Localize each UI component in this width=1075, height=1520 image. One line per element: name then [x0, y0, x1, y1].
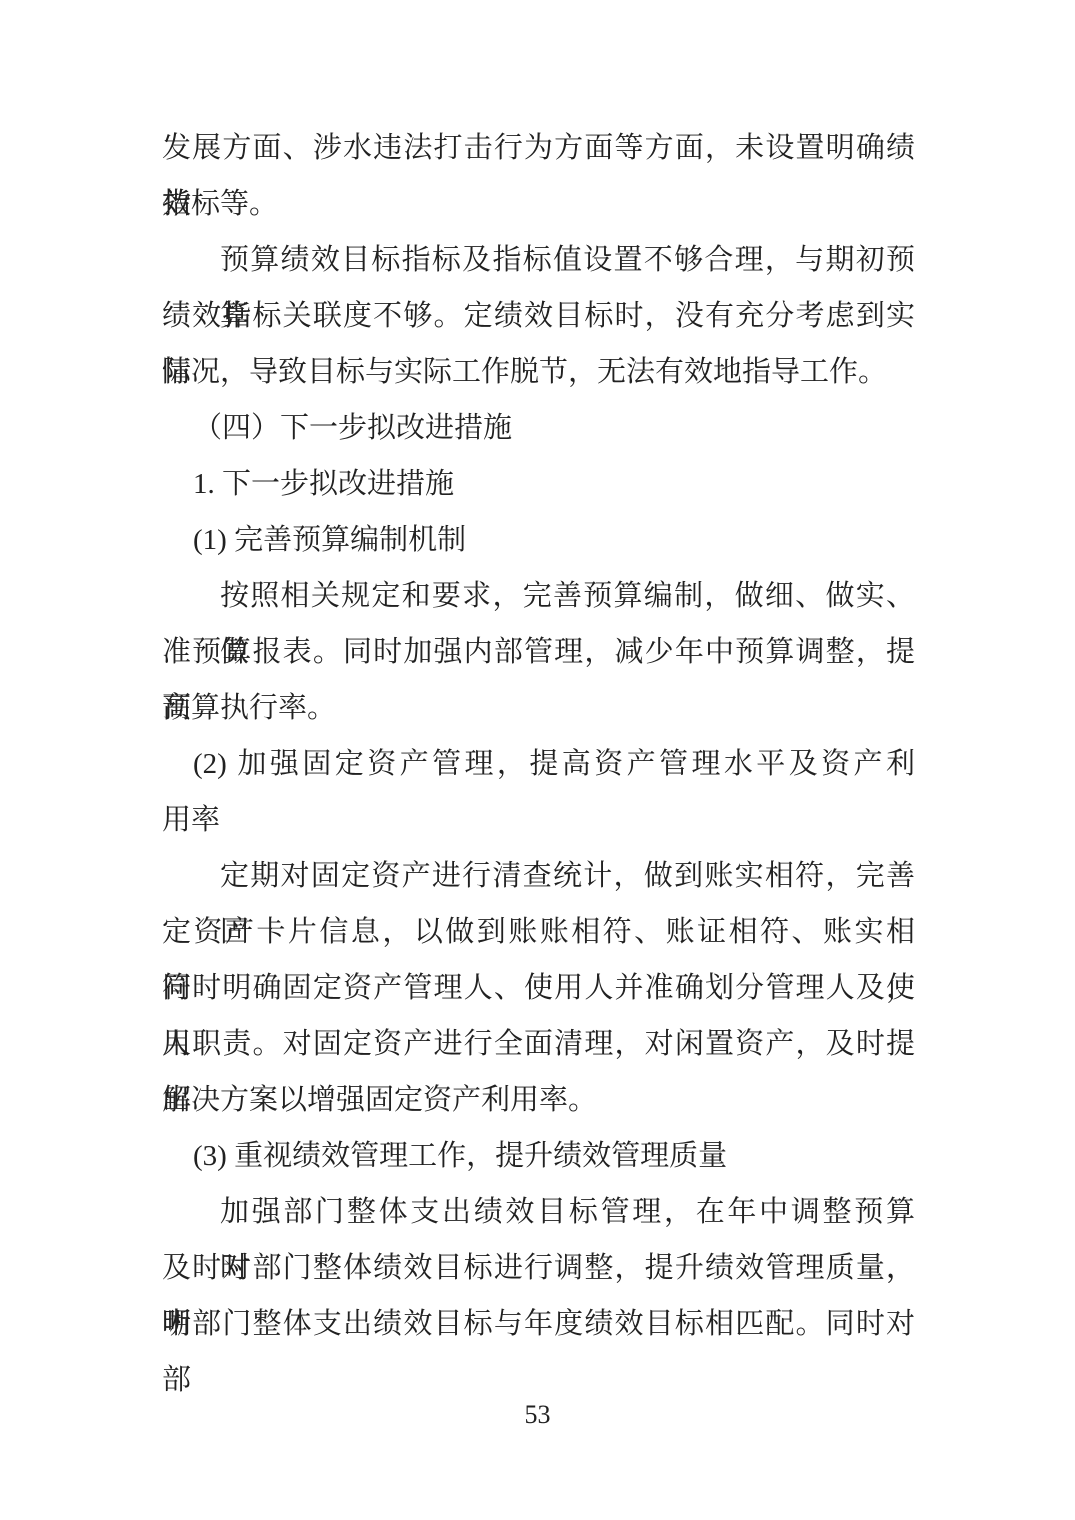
- text-line: 预算绩效目标指标及指标值设置不够合理，与期初预算: [162, 232, 915, 288]
- document-body: 发展方面、涉水违法打击行为方面等方面，未设置明确绩效指标等。预算绩效目标指标及指…: [162, 120, 915, 1352]
- text-line: 定资产卡片信息，以做到账账相符、账证相符、账实相符，: [162, 904, 915, 960]
- text-line: 发展方面、涉水违法打击行为方面等方面，未设置明确绩效: [162, 120, 915, 176]
- text-line: (2) 加强固定资产管理，提高资产管理水平及资产利: [162, 736, 915, 792]
- text-line: 预算执行率。: [162, 680, 915, 736]
- text-line: （四）下一步拟改进措施: [162, 400, 915, 456]
- text-line: 指标等。: [162, 176, 915, 232]
- text-line: 人职责。对固定资产进行全面清理，对闲置资产，及时提出: [162, 1016, 915, 1072]
- text-line: (3) 重视绩效管理工作，提升绩效管理质量: [162, 1128, 915, 1184]
- text-line: 绩效指标关联度不够。定绩效目标时，没有充分考虑到实际: [162, 288, 915, 344]
- text-line: 加强部门整体支出绩效目标管理，在年中调整预算时，: [162, 1184, 915, 1240]
- paragraph: 定期对固定资产进行清查统计，做到账实相符，完善固定资产卡片信息，以做到账账相符、…: [162, 848, 915, 1128]
- heading: 1. 下一步拟改进措施: [162, 456, 915, 512]
- text-line: (1) 完善预算编制机制: [162, 512, 915, 568]
- text-line: 按照相关规定和要求，完善预算编制，做细、做实、做: [162, 568, 915, 624]
- paragraph: 预算绩效目标指标及指标值设置不够合理，与期初预算绩效指标关联度不够。定绩效目标时…: [162, 232, 915, 400]
- text-line: 1. 下一步拟改进措施: [162, 456, 915, 512]
- text-line: 解决方案以增强固定资产利用率。: [162, 1072, 915, 1128]
- text-line: 晰部门整体支出绩效目标与年度绩效目标相匹配。同时对部: [162, 1296, 915, 1352]
- heading: （四）下一步拟改进措施: [162, 400, 915, 456]
- text-line: 用率: [162, 792, 915, 848]
- text-line: 情况，导致目标与实际工作脱节，无法有效地指导工作。: [162, 344, 915, 400]
- page-number: 53: [0, 1399, 1075, 1431]
- heading: (3) 重视绩效管理工作，提升绩效管理质量: [162, 1128, 915, 1184]
- document-page: 发展方面、涉水违法打击行为方面等方面，未设置明确绩效指标等。预算绩效目标指标及指…: [0, 0, 1075, 1520]
- text-line: 及时对部门整体绩效目标进行调整，提升绩效管理质量，明: [162, 1240, 915, 1296]
- paragraph: 加强部门整体支出绩效目标管理，在年中调整预算时，及时对部门整体绩效目标进行调整，…: [162, 1184, 915, 1352]
- text-line: 同时明确固定资产管理人、使用人并准确划分管理人及使用: [162, 960, 915, 1016]
- paragraph: 按照相关规定和要求，完善预算编制，做细、做实、做准预算报表。同时加强内部管理，减…: [162, 568, 915, 736]
- heading: (2) 加强固定资产管理，提高资产管理水平及资产利用率: [162, 736, 915, 848]
- heading: (1) 完善预算编制机制: [162, 512, 915, 568]
- text-line: 定期对固定资产进行清查统计，做到账实相符，完善固: [162, 848, 915, 904]
- text-line: 准预算报表。同时加强内部管理，减少年中预算调整，提高: [162, 624, 915, 680]
- paragraph: 发展方面、涉水违法打击行为方面等方面，未设置明确绩效指标等。: [162, 120, 915, 232]
